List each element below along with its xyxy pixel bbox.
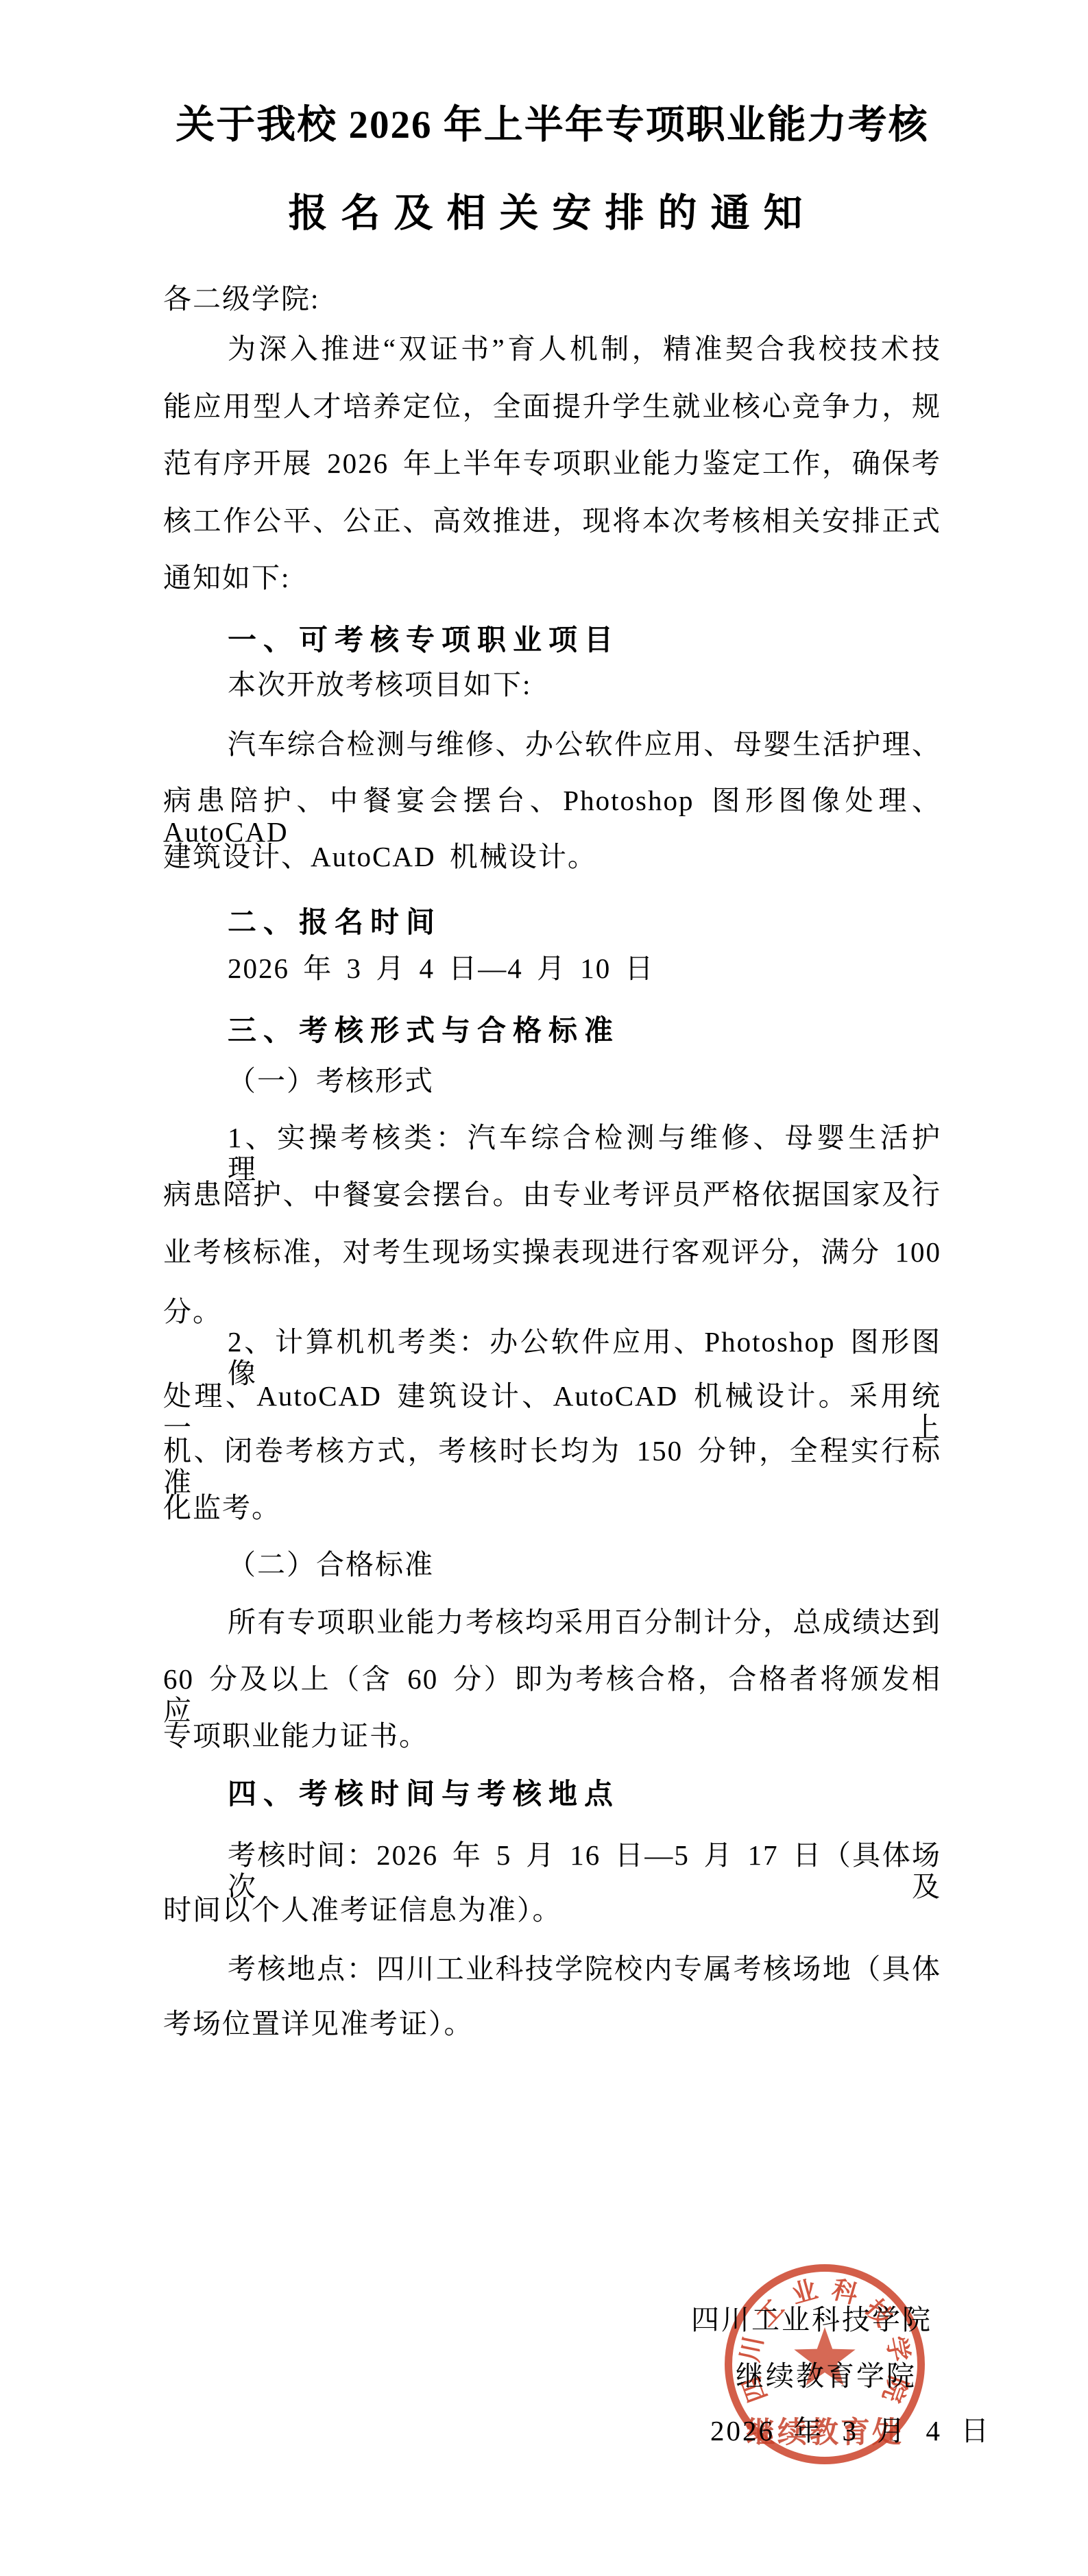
signature-department-name: 继续教育学院 — [736, 2353, 917, 2394]
body-text-line: （一）考核形式 — [163, 1066, 941, 1097]
section-heading: 一、可考核专项职业项目 — [163, 624, 941, 656]
body-text-line: 2026 年 3 月 4 日—4 月 10 日 — [163, 953, 941, 985]
signature-date: 2026 年 3 月 4 日 — [710, 2408, 991, 2449]
notice-document-page: 关于我校 2026 年上半年专项职业能力考核 报名及相关安排的通知 各二级学院:… — [0, 0, 1088, 2576]
body-text-line: 本次开放考核项目如下: — [163, 670, 941, 701]
body-text-line: 时间以个人准考证信息为准）。 — [163, 1895, 941, 1926]
salutation: 各二级学院: — [163, 276, 319, 317]
body-text-line: 范有序开展 2026 年上半年专项职业能力鉴定工作，确保考 — [163, 448, 941, 480]
section-heading: 三、考核形式与合格标准 — [163, 1014, 941, 1046]
section-heading: 二、报名时间 — [163, 906, 941, 938]
body-text-line: 所有专项职业能力考核均采用百分制计分，总成绩达到 — [163, 1607, 941, 1639]
body-text-line: 汽车综合检测与维修、办公软件应用、母婴生活护理、 — [163, 729, 941, 761]
body-text-line: 1、实操考核类：汽车综合检测与维修、母婴生活护理、 — [163, 1123, 941, 1186]
notice-title-line1: 关于我校 2026 年上半年专项职业能力考核 — [163, 104, 941, 147]
body-text-line: 考核地点：四川工业科技学院校内专属考核场地（具体 — [163, 1954, 941, 1985]
body-text-line: 核工作公平、公正、高效推进，现将本次考核相关安排正式 — [163, 506, 941, 537]
body-text-line: 能应用型人才培养定位，全面提升学生就业核心竞争力，规 — [163, 391, 941, 423]
body-text-line: 病患陪护、中餐宴会摆台、Photoshop 图形图像处理、AutoCAD — [163, 785, 941, 848]
body-text-line: 通知如下: — [163, 563, 941, 594]
body-text-line: 分。 — [163, 1297, 941, 1328]
body-text-line: 业考核标准，对考生现场实操表现进行客观评分，满分 100 — [163, 1237, 941, 1268]
notice-title-line2: 报名及相关安排的通知 — [163, 193, 941, 236]
body-text-line: 考场位置详见准考证）。 — [163, 2009, 941, 2040]
body-text-line: 病患陪护、中餐宴会摆台。由专业考评员严格依据国家及行 — [163, 1179, 941, 1211]
body-text-line: 专项职业能力证书。 — [163, 1721, 941, 1752]
body-text-line: 机、闭卷考核方式，考核时长均为 150 分钟，全程实行标准 — [163, 1436, 941, 1499]
section-heading: 四、考核时间与考核地点 — [163, 1778, 941, 1810]
body-text-line: 建筑设计、AutoCAD 机械设计。 — [163, 842, 941, 873]
body-text-line: 60 分及以上（含 60 分）即为考核合格，合格者将颁发相应 — [163, 1664, 941, 1727]
body-text-line: 为深入推进“双证书”育人机制，精准契合我校技术技 — [163, 334, 941, 365]
signature-school-name: 四川工业科技学院 — [691, 2297, 932, 2338]
body-text-line: （二）合格标准 — [163, 1549, 941, 1581]
body-text-line: 化监考。 — [163, 1493, 941, 1524]
